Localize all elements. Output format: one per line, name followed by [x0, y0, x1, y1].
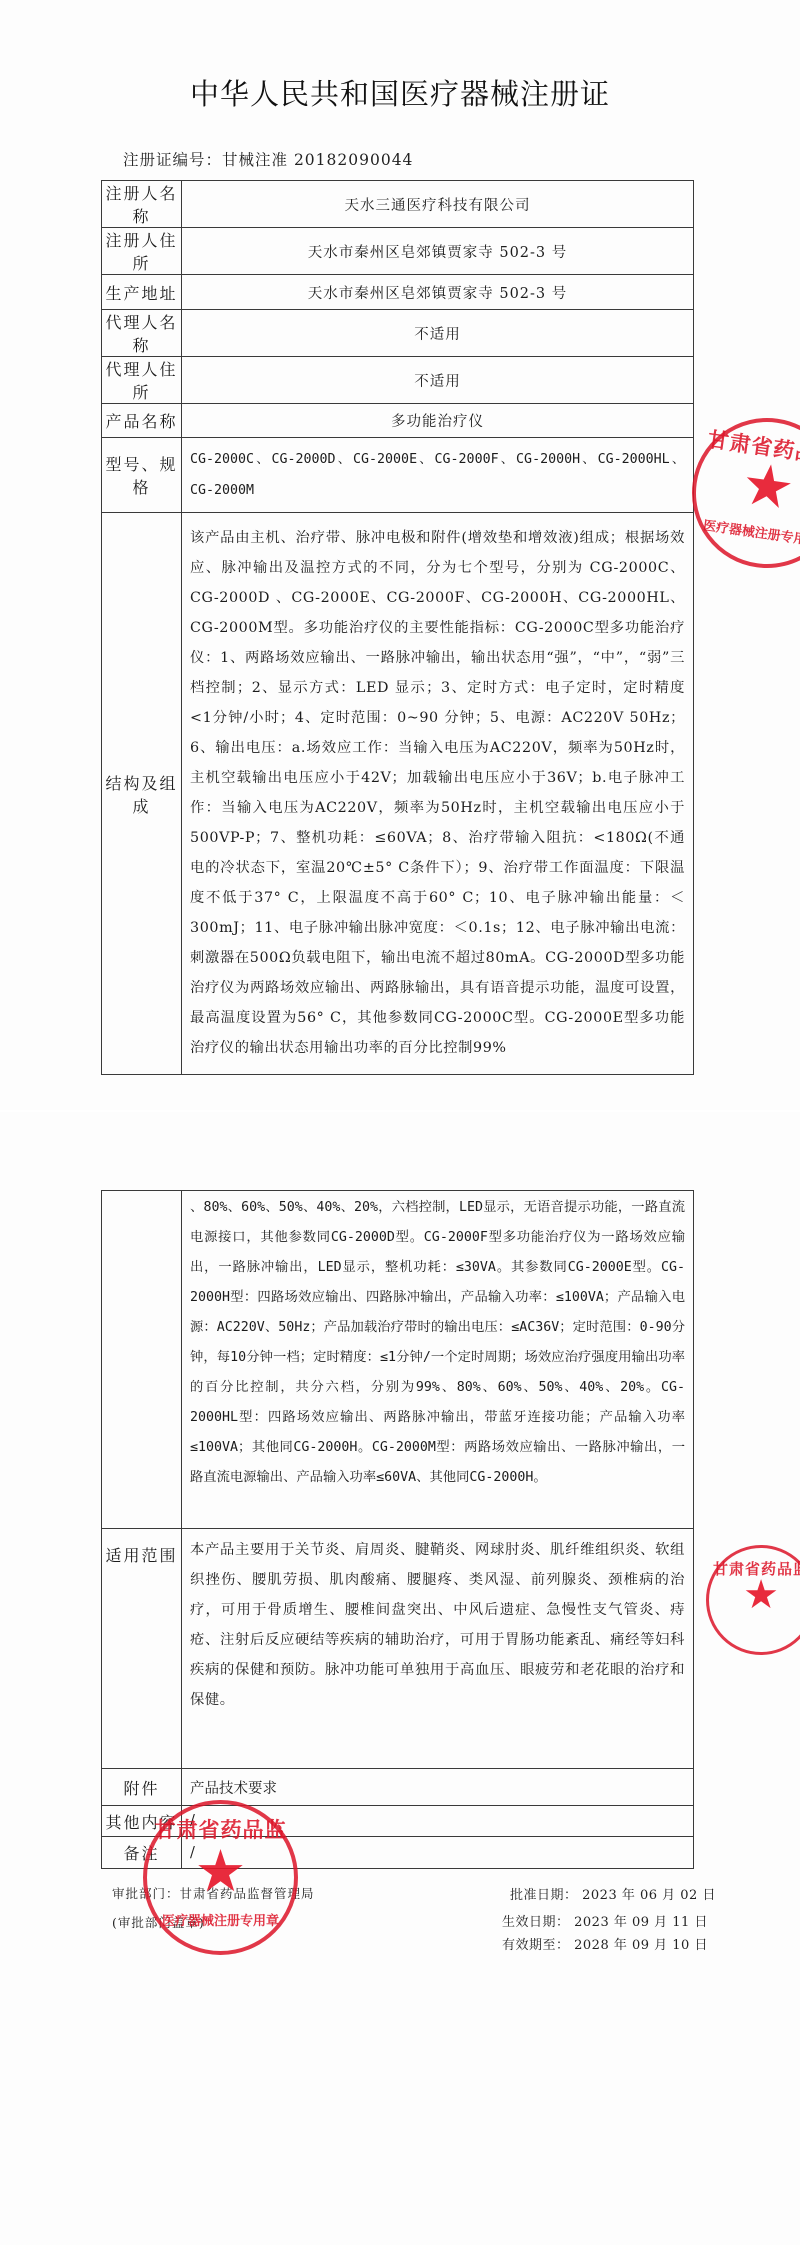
row-attachments: 附件 产品技术要求 [102, 1769, 694, 1806]
seal-star-icon: ★ [195, 1842, 247, 1900]
row-scope: 适用范围 本产品主要用于关节炎、肩周炎、腱鞘炎、网球肘炎、肌纤维组织炎、软组织挫… [102, 1529, 694, 1769]
label-product-name: 产品名称 [102, 404, 182, 438]
label-structure-continued [102, 1191, 182, 1529]
label-registrant-address: 注册人住所 [102, 228, 182, 275]
row-product-name: 产品名称 多功能治疗仪 [102, 404, 694, 438]
certificate-number: 注册证编号：甘械注准 20182090044 [123, 148, 413, 170]
value-agent-name: 不适用 [182, 310, 694, 357]
label-scope: 适用范围 [102, 1529, 182, 1769]
seal-star-icon: ★ [743, 1575, 779, 1615]
row-agent-address: 代理人住所 不适用 [102, 357, 694, 404]
label-production-address: 生产地址 [102, 275, 182, 310]
row-structure-continued: 、80%、60%、50%、40%、20%，六档控制，LED显示，无语音提示功能，… [102, 1191, 694, 1529]
value-registrant-name: 天水三通医疗科技有限公司 [182, 181, 694, 228]
certificate-page-2: 、80%、60%、50%、40%、20%，六档控制，LED显示，无语音提示功能，… [0, 1112, 800, 2245]
seal-sub-text: 医疗器械注册专用章 [147, 1910, 294, 1929]
official-seal-stamp-approval: 甘肃省药品监 ★ 医疗器械注册专用章 [143, 1800, 298, 1955]
value-agent-address: 不适用 [182, 357, 694, 404]
label-structure: 结构及组成 [102, 513, 182, 1075]
document-title: 中华人民共和国医疗器械注册证 [0, 72, 800, 113]
expiry-date: 有效期至： 2028 年 09 月 10 日 [502, 1934, 708, 1953]
row-registrant-name: 注册人名称 天水三通医疗科技有限公司 [102, 181, 694, 228]
label-models: 型号、规格 [102, 438, 182, 513]
label-agent-name: 代理人名称 [102, 310, 182, 357]
value-production-address: 天水市秦州区皂郊镇贾家寺 502-3 号 [182, 275, 694, 310]
label-registrant-name: 注册人名称 [102, 181, 182, 228]
value-models: CG-2000C、CG-2000D、CG-2000E、CG-2000F、CG-2… [182, 438, 694, 513]
row-models: 型号、规格 CG-2000C、CG-2000D、CG-2000E、CG-2000… [102, 438, 694, 513]
value-structure-part-1: 该产品由主机、治疗带、脉冲电极和附件(增效垫和增效液)组成；根据场效应、脉冲输出… [182, 513, 694, 1075]
value-attachments: 产品技术要求 [182, 1769, 694, 1806]
approval-date: 批准日期： 2023 年 06 月 02 日 [510, 1884, 716, 1903]
label-agent-address: 代理人住所 [102, 357, 182, 404]
row-structure: 结构及组成 该产品由主机、治疗带、脉冲电极和附件(增效垫和增效液)组成；根据场效… [102, 513, 694, 1075]
certificate-table-page-1: 注册人名称 天水三通医疗科技有限公司 注册人住所 天水市秦州区皂郊镇贾家寺 50… [101, 180, 694, 1075]
certificate-number-label: 注册证编号： [123, 151, 222, 169]
value-structure-part-2: 、80%、60%、50%、40%、20%，六档控制，LED显示，无语音提示功能，… [182, 1191, 694, 1529]
row-production-address: 生产地址 天水市秦州区皂郊镇贾家寺 502-3 号 [102, 275, 694, 310]
value-product-name: 多功能治疗仪 [182, 404, 694, 438]
seal-star-icon: ★ [738, 454, 798, 519]
label-attachments: 附件 [102, 1769, 182, 1806]
certificate-number-value: 甘械注准 20182090044 [222, 151, 413, 169]
certificate-table-page-2: 、80%、60%、50%、40%、20%，六档控制，LED显示，无语音提示功能，… [101, 1190, 694, 1869]
value-scope: 本产品主要用于关节炎、肩周炎、腱鞘炎、网球肘炎、肌纤维组织炎、软组织挫伤、腰肌劳… [182, 1529, 694, 1769]
row-registrant-address: 注册人住所 天水市秦州区皂郊镇贾家寺 502-3 号 [102, 228, 694, 275]
official-seal-stamp: 甘肃省药品监 ★ 医疗器械注册专用章 [682, 408, 800, 577]
value-registrant-address: 天水市秦州区皂郊镇贾家寺 502-3 号 [182, 228, 694, 275]
certificate-page-1: 中华人民共和国医疗器械注册证 注册证编号：甘械注准 20182090044 注册… [0, 0, 800, 1110]
effective-date: 生效日期： 2023 年 09 月 11 日 [502, 1911, 708, 1930]
row-agent-name: 代理人名称 不适用 [102, 310, 694, 357]
